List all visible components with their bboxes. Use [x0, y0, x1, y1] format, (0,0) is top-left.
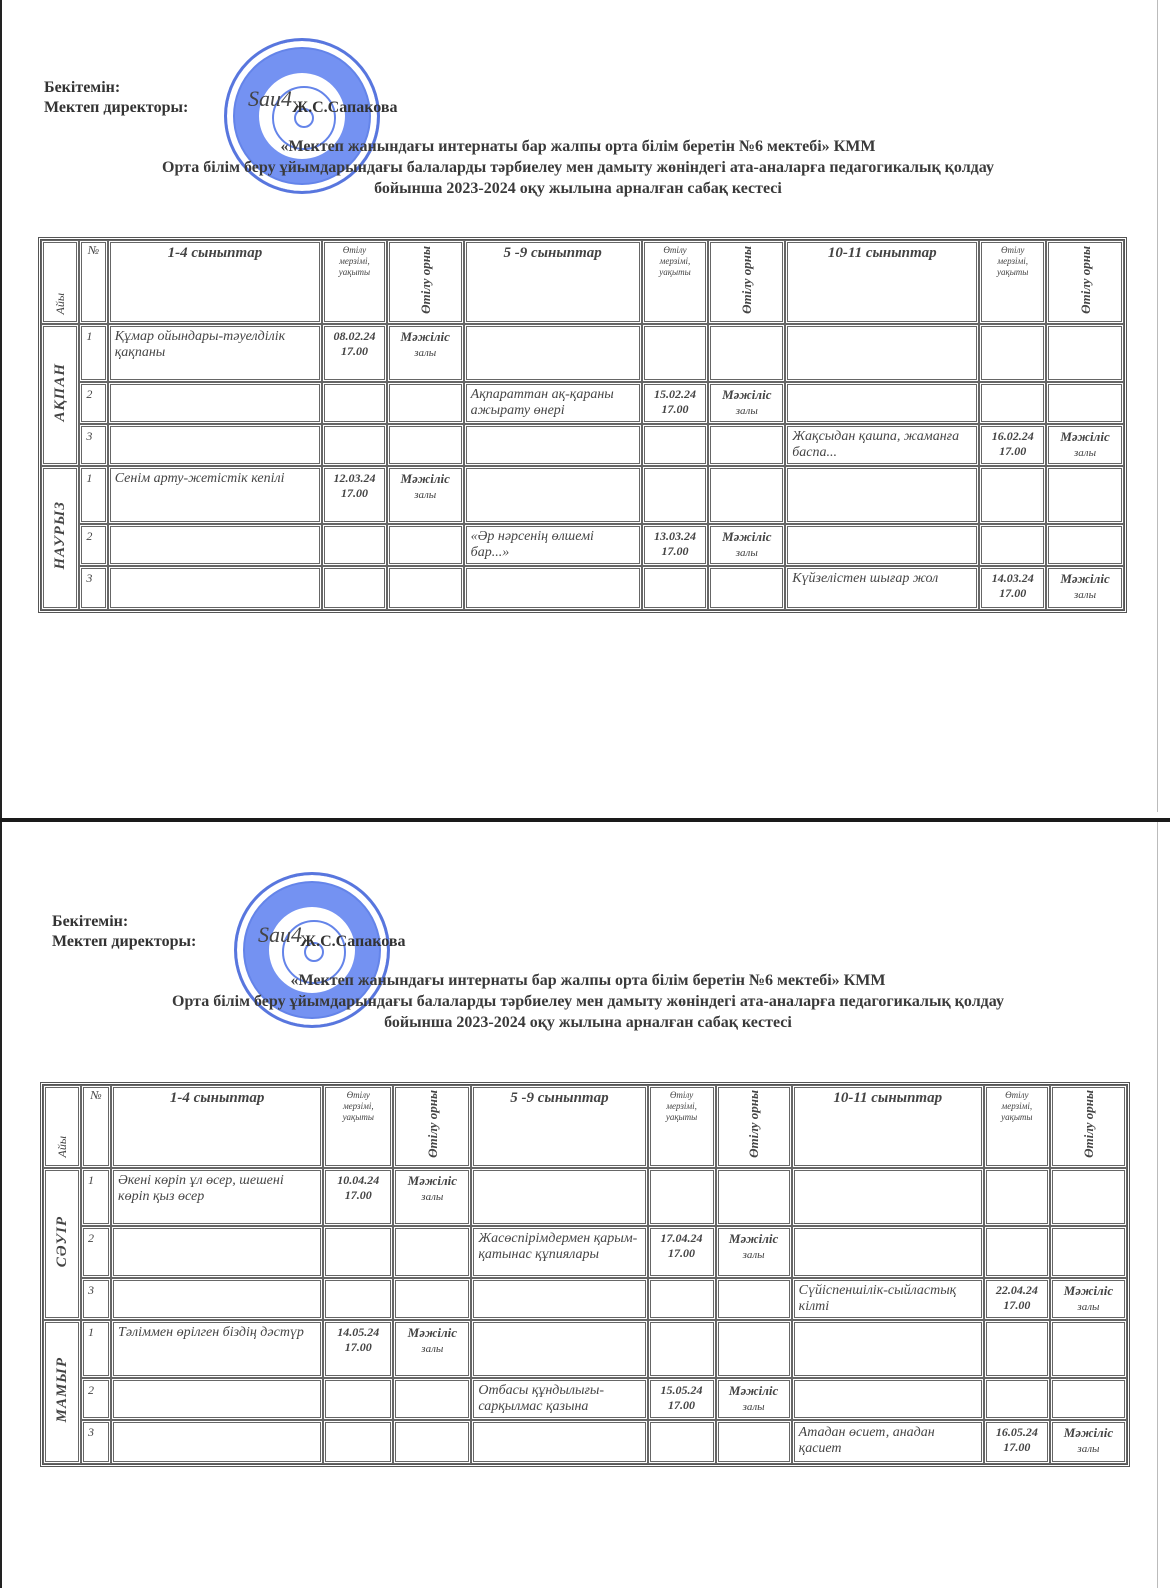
place-grades-5-9 — [716, 1278, 792, 1320]
table-row: 2 «Әр нәрсенің өлшемі бар...» 13.03.2417… — [41, 524, 1124, 566]
date-grades-10-11 — [979, 524, 1046, 566]
date-grades-5-9: 15.02.2417.00 — [642, 382, 709, 424]
topic-grades-1-4 — [108, 524, 322, 566]
table-row: НАУРЫЗ 1 Сенім арту-жетістік кепілі 12.0… — [41, 466, 1124, 524]
row-number: 3 — [81, 1278, 111, 1320]
topic-grades-5-9 — [471, 1320, 647, 1378]
date-grades-10-11 — [984, 1168, 1050, 1226]
place-grades-5-9 — [708, 424, 785, 466]
topic-grades-5-9: Жасөспірімдермен қарым-қатынас құпиялары — [471, 1226, 647, 1278]
month-cell: НАУРЫЗ — [41, 466, 79, 610]
topic-grades-1-4 — [108, 424, 322, 466]
date-grades-5-9 — [642, 324, 709, 382]
table-row: 3 Атадан өсиет, анадан қасиет 16.05.2417… — [43, 1420, 1127, 1464]
place-grades-5-9 — [716, 1420, 792, 1464]
topic-grades-1-4: Тәліммен өрілген біздің дәстүр — [111, 1320, 323, 1378]
date-grades-1-4 — [323, 1226, 393, 1278]
title-line-2: Орта білім беру ұйымдарындағы балаларды … — [28, 991, 1148, 1012]
place-grades-10-11 — [1046, 382, 1124, 424]
date-grades-1-4 — [322, 566, 387, 610]
header-date-1: Өтілу мерзімі, уақыты — [323, 1085, 393, 1168]
topic-grades-1-4: Құмар ойындары-тәуелділік қақпаны — [108, 324, 322, 382]
row-number: 2 — [79, 382, 107, 424]
header-place-3: Өтілу орны — [1050, 1085, 1127, 1168]
place-grades-1-4 — [387, 524, 464, 566]
date-grades-10-11: 14.03.2417.00 — [979, 566, 1046, 610]
row-number: 2 — [81, 1226, 111, 1278]
place-grades-5-9 — [708, 466, 785, 524]
date-grades-10-11: 16.05.2417.00 — [984, 1420, 1050, 1464]
topic-grades-1-4 — [111, 1278, 323, 1320]
row-number: 2 — [81, 1378, 111, 1420]
header-row: Айы № 1-4 сыныптар Өтілу мерзімі, уақыты… — [43, 1085, 1127, 1168]
topic-grades-10-11: Сүйіспеншілік-сыйластық кілті — [792, 1278, 984, 1320]
place-grades-1-4 — [387, 566, 464, 610]
place-grades-10-11: Мәжілісзалы — [1046, 566, 1124, 610]
place-grades-1-4 — [387, 382, 464, 424]
date-grades-10-11 — [979, 466, 1046, 524]
header-place-2: Өтілу орны — [708, 240, 785, 324]
topic-grades-10-11: Күйзелістен шығар жол — [785, 566, 979, 610]
approval-block: Бекітемін: Мектеп директоры:Ж.С.Сапакова — [44, 78, 397, 118]
header-grades-5-9: 5 -9 сыныптар — [471, 1085, 647, 1168]
date-grades-1-4 — [322, 382, 387, 424]
place-grades-5-9: Мәжілісзалы — [716, 1226, 792, 1278]
header-place-2: Өтілу орны — [716, 1085, 792, 1168]
document-page-1: Sau4 Бекітемін: Мектеп директоры:Ж.С.Сап… — [0, 0, 1170, 820]
row-number: 1 — [79, 466, 107, 524]
table-row: 3 Жақсыдан қашпа, жаманға баспа... 16.02… — [41, 424, 1124, 466]
place-grades-5-9 — [716, 1320, 792, 1378]
director-position: Мектеп директоры: — [44, 99, 188, 116]
place-grades-10-11 — [1050, 1378, 1127, 1420]
date-grades-1-4: 14.05.2417.00 — [323, 1320, 393, 1378]
place-grades-5-9: Мәжілісзалы — [708, 382, 785, 424]
place-grades-10-11: Мәжілісзалы — [1050, 1278, 1127, 1320]
date-grades-1-4 — [323, 1278, 393, 1320]
date-grades-5-9 — [648, 1278, 716, 1320]
topic-grades-10-11 — [792, 1168, 984, 1226]
place-grades-1-4: Мәжілісзалы — [393, 1320, 471, 1378]
topic-grades-10-11 — [792, 1320, 984, 1378]
date-grades-10-11: 16.02.2417.00 — [979, 424, 1046, 466]
row-number: 2 — [79, 524, 107, 566]
header-month: Айы — [41, 240, 79, 324]
header-grades-10-11: 10-11 сыныптар — [785, 240, 979, 324]
date-grades-5-9 — [642, 566, 709, 610]
header-date-2: Өтілу мерзімі, уақыты — [648, 1085, 716, 1168]
place-grades-5-9 — [716, 1168, 792, 1226]
place-grades-1-4 — [393, 1226, 471, 1278]
topic-grades-5-9: Отбасы құндылығы-сарқылмас қазына — [471, 1378, 647, 1420]
place-grades-10-11 — [1046, 524, 1124, 566]
topic-grades-5-9 — [471, 1420, 647, 1464]
topic-grades-1-4 — [111, 1378, 323, 1420]
approval-block: Бекітемін: Мектеп директоры:Ж.С.Сапакова — [52, 912, 405, 952]
header-row: Айы № 1-4 сыныптар Өтілу мерзімі, уақыты… — [41, 240, 1124, 324]
place-grades-10-11 — [1050, 1226, 1127, 1278]
place-grades-5-9 — [708, 324, 785, 382]
header-date-1: Өтілу мерзімі, уақыты — [322, 240, 387, 324]
date-grades-5-9 — [642, 424, 709, 466]
date-grades-1-4 — [323, 1378, 393, 1420]
place-grades-1-4: Мәжілісзалы — [393, 1168, 471, 1226]
table-row: СӘУІР 1 Әкені көріп ұл өсер, шешені көрі… — [43, 1168, 1127, 1226]
place-grades-5-9: Мәжілісзалы — [708, 524, 785, 566]
header-place-1: Өтілу орны — [387, 240, 464, 324]
approval-label: Бекітемін: — [52, 912, 405, 932]
date-grades-5-9 — [648, 1168, 716, 1226]
date-grades-5-9 — [648, 1320, 716, 1378]
schedule-table: Айы № 1-4 сыныптар Өтілу мерзімі, уақыты… — [38, 237, 1127, 613]
date-grades-10-11 — [979, 324, 1046, 382]
month-cell: АҚПАН — [41, 324, 79, 466]
topic-grades-10-11: Атадан өсиет, анадан қасиет — [792, 1420, 984, 1464]
topic-grades-10-11 — [792, 1226, 984, 1278]
header-date-3: Өтілу мерзімі, уақыты — [984, 1085, 1050, 1168]
title-line-1: «Мектеп жанындағы интернаты бар жалпы ор… — [18, 136, 1138, 157]
row-number: 1 — [81, 1320, 111, 1378]
date-grades-1-4 — [323, 1420, 393, 1464]
topic-grades-10-11 — [792, 1378, 984, 1420]
topic-grades-10-11 — [785, 324, 979, 382]
date-grades-1-4: 10.04.2417.00 — [323, 1168, 393, 1226]
topic-grades-5-9 — [464, 424, 642, 466]
place-grades-5-9 — [708, 566, 785, 610]
topic-grades-1-4 — [111, 1226, 323, 1278]
table-row: МАМЫР 1 Тәліммен өрілген біздің дәстүр 1… — [43, 1320, 1127, 1378]
header-month: Айы — [43, 1085, 81, 1168]
topic-grades-10-11 — [785, 466, 979, 524]
date-grades-1-4: 12.03.2417.00 — [322, 466, 387, 524]
header-grades-5-9: 5 -9 сыныптар — [464, 240, 642, 324]
date-grades-5-9: 13.03.2417.00 — [642, 524, 709, 566]
topic-grades-1-4 — [108, 382, 322, 424]
table-row: 3 Сүйіспеншілік-сыйластық кілті 22.04.24… — [43, 1278, 1127, 1320]
place-grades-10-11: Мәжілісзалы — [1050, 1420, 1127, 1464]
topic-grades-5-9 — [464, 324, 642, 382]
schedule-table: Айы № 1-4 сыныптар Өтілу мерзімі, уақыты… — [40, 1082, 1130, 1467]
place-grades-1-4 — [393, 1378, 471, 1420]
title-line-2: Орта білім беру ұйымдарындағы балаларды … — [18, 157, 1138, 178]
month-cell: СӘУІР — [43, 1168, 81, 1320]
place-grades-10-11: Мәжілісзалы — [1046, 424, 1124, 466]
date-grades-10-11 — [984, 1378, 1050, 1420]
row-number: 3 — [79, 566, 107, 610]
date-grades-5-9 — [648, 1420, 716, 1464]
document-title: «Мектеп жанындағы интернаты бар жалпы ор… — [28, 970, 1148, 1033]
place-grades-1-4 — [393, 1278, 471, 1320]
date-grades-5-9 — [642, 466, 709, 524]
table-row: АҚПАН 1 Құмар ойындары-тәуелділік қақпан… — [41, 324, 1124, 382]
date-grades-10-11 — [979, 382, 1046, 424]
header-grades-10-11: 10-11 сыныптар — [792, 1085, 984, 1168]
topic-grades-5-9 — [464, 566, 642, 610]
header-number: № — [81, 1085, 111, 1168]
month-cell: МАМЫР — [43, 1320, 81, 1464]
topic-grades-10-11 — [785, 524, 979, 566]
header-date-2: Өтілу мерзімі, уақыты — [642, 240, 709, 324]
topic-grades-5-9 — [471, 1168, 647, 1226]
header-date-3: Өтілу мерзімі, уақыты — [979, 240, 1046, 324]
title-line-3: бойынша 2023-2024 оқу жылына арналған са… — [28, 1012, 1148, 1033]
header-place-3: Өтілу орны — [1046, 240, 1124, 324]
topic-grades-5-9 — [464, 466, 642, 524]
table-row: 2 Жасөспірімдермен қарым-қатынас құпияла… — [43, 1226, 1127, 1278]
topic-grades-1-4 — [111, 1420, 323, 1464]
topic-grades-1-4: Әкені көріп ұл өсер, шешені көріп қыз өс… — [111, 1168, 323, 1226]
row-number: 3 — [79, 424, 107, 466]
date-grades-1-4 — [322, 524, 387, 566]
director-name: Ж.С.Сапакова — [300, 933, 405, 950]
topic-grades-10-11: Жақсыдан қашпа, жаманға баспа... — [785, 424, 979, 466]
place-grades-10-11 — [1046, 466, 1124, 524]
table-row: 2 Отбасы құндылығы-сарқылмас қазына 15.0… — [43, 1378, 1127, 1420]
date-grades-10-11 — [984, 1320, 1050, 1378]
place-grades-1-4 — [393, 1420, 471, 1464]
date-grades-5-9: 17.04.2417.00 — [648, 1226, 716, 1278]
date-grades-10-11 — [984, 1226, 1050, 1278]
table-row: 3 Күйзелістен шығар жол 14.03.2417.00 Мә… — [41, 566, 1124, 610]
place-grades-10-11 — [1046, 324, 1124, 382]
approval-label: Бекітемін: — [44, 78, 397, 98]
date-grades-1-4: 08.02.2417.00 — [322, 324, 387, 382]
topic-grades-5-9: «Әр нәрсенің өлшемі бар...» — [464, 524, 642, 566]
place-grades-5-9: Мәжілісзалы — [716, 1378, 792, 1420]
title-line-1: «Мектеп жанындағы интернаты бар жалпы ор… — [28, 970, 1148, 991]
place-grades-1-4: Мәжілісзалы — [387, 466, 464, 524]
director-name: Ж.С.Сапакова — [292, 99, 397, 116]
director-position: Мектеп директоры: — [52, 933, 196, 950]
row-number: 3 — [81, 1420, 111, 1464]
row-number: 1 — [79, 324, 107, 382]
date-grades-1-4 — [322, 424, 387, 466]
header-place-1: Өтілу орны — [393, 1085, 471, 1168]
place-grades-10-11 — [1050, 1168, 1127, 1226]
topic-grades-5-9: Ақпараттан ақ-қараны ажырату өнері — [464, 382, 642, 424]
place-grades-1-4 — [387, 424, 464, 466]
title-line-3: бойынша 2023-2024 оқу жылына арналған са… — [18, 178, 1138, 199]
topic-grades-1-4: Сенім арту-жетістік кепілі — [108, 466, 322, 524]
place-grades-1-4: Мәжілісзалы — [387, 324, 464, 382]
document-title: «Мектеп жанындағы интернаты бар жалпы ор… — [18, 136, 1138, 199]
header-grades-1-4: 1-4 сыныптар — [108, 240, 322, 324]
table-row: 2 Ақпараттан ақ-қараны ажырату өнері 15.… — [41, 382, 1124, 424]
place-grades-10-11 — [1050, 1320, 1127, 1378]
row-number: 1 — [81, 1168, 111, 1226]
topic-grades-1-4 — [108, 566, 322, 610]
topic-grades-5-9 — [471, 1278, 647, 1320]
header-number: № — [79, 240, 107, 324]
date-grades-5-9: 15.05.2417.00 — [648, 1378, 716, 1420]
header-grades-1-4: 1-4 сыныптар — [111, 1085, 323, 1168]
document-page-2: Sau4 Бекітемін: Мектеп директоры:Ж.С.Сап… — [0, 822, 1170, 1588]
date-grades-10-11: 22.04.2417.00 — [984, 1278, 1050, 1320]
topic-grades-10-11 — [785, 382, 979, 424]
